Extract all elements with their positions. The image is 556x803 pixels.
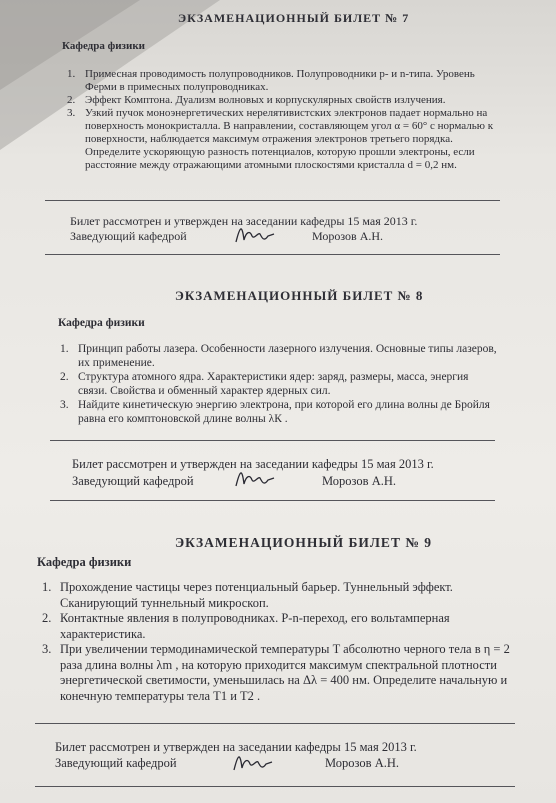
signature-icon <box>232 222 276 246</box>
head-name: Морозов А.Н. <box>322 474 396 489</box>
divider <box>35 723 515 724</box>
question-item: 1.Примесная проводимость полупроводников… <box>85 68 505 94</box>
divider <box>45 254 500 255</box>
question-item: 3.При увеличении термодинамической темпе… <box>60 642 510 704</box>
ticket-title: ЭКЗАМЕНАЦИОННЫЙ БИЛЕТ № 7 <box>178 11 409 26</box>
divider <box>50 500 495 501</box>
question-item: 3.Найдите кинетическую энергию электрона… <box>78 398 498 426</box>
ticket-9: ЭКЗАМЕНАЦИОННЫЙ БИЛЕТ № 9 Кафедра физики… <box>0 520 556 803</box>
question-item: 1.Прохождение частицы через потенциальны… <box>60 580 510 611</box>
divider <box>35 786 515 787</box>
question-item: 2.Контактные явления в полупроводниках. … <box>60 611 510 642</box>
question-item: 2.Эффект Комптона. Дуализм волновых и ко… <box>85 94 505 107</box>
head-of-department-label: Заведующий кафедрой <box>55 756 177 771</box>
signature-icon <box>232 466 276 490</box>
ticket-title: ЭКЗАМЕНАЦИОННЫЙ БИЛЕТ № 9 <box>175 535 432 551</box>
head-of-department-label: Заведующий кафедрой <box>70 229 187 244</box>
head-name: Морозов А.Н. <box>325 756 399 771</box>
department-label: Кафедра физики <box>37 555 131 570</box>
question-list: 1.Примесная проводимость полупроводников… <box>85 68 505 172</box>
exam-tickets-page: ЭКЗАМЕНАЦИОННЫЙ БИЛЕТ № 7 Кафедра физики… <box>0 0 556 803</box>
divider <box>45 200 500 201</box>
department-label: Кафедра физики <box>62 40 145 52</box>
ticket-8: ЭКЗАМЕНАЦИОННЫЙ БИЛЕТ № 8 Кафедра физики… <box>0 260 556 520</box>
question-item: 3.Узкий пучок моноэнергетических нерелят… <box>85 107 505 172</box>
ticket-title: ЭКЗАМЕНАЦИОННЫЙ БИЛЕТ № 8 <box>175 288 423 304</box>
question-list: 1.Прохождение частицы через потенциальны… <box>60 580 510 704</box>
signature-icon <box>230 750 274 774</box>
head-name: Морозов А.Н. <box>312 229 383 244</box>
question-list: 1.Принцип работы лазера. Особенности лаз… <box>78 342 498 426</box>
question-item: 1.Принцип работы лазера. Особенности лаз… <box>78 342 498 370</box>
department-label: Кафедра физики <box>58 317 145 329</box>
question-item: 2.Структура атомного ядра. Характеристик… <box>78 370 498 398</box>
divider <box>50 440 495 441</box>
head-of-department-label: Заведующий кафедрой <box>72 474 194 489</box>
ticket-7: ЭКЗАМЕНАЦИОННЫЙ БИЛЕТ № 7 Кафедра физики… <box>0 0 556 260</box>
